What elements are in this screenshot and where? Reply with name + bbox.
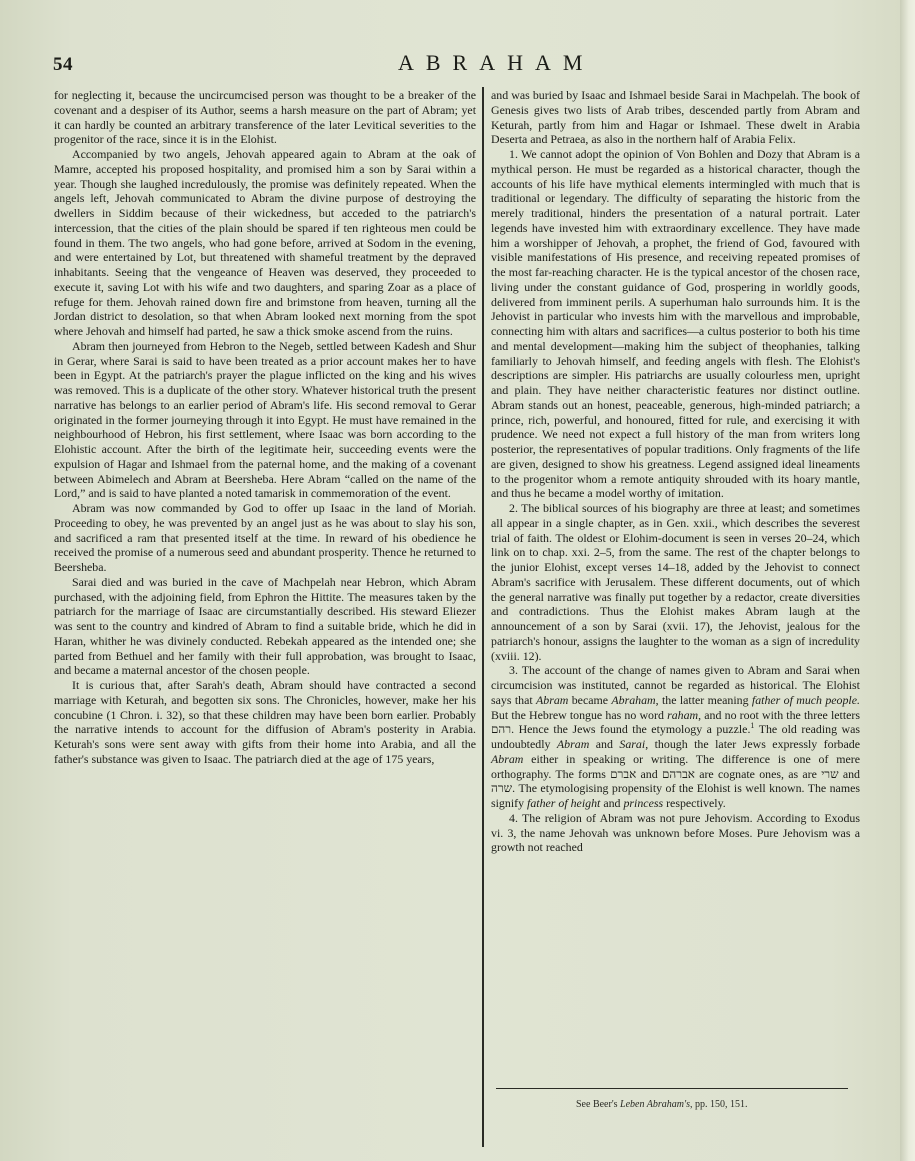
paragraph: for neglecting it, because the uncircumc… [54,88,476,147]
footnote-rule [496,1088,848,1089]
page-number: 54 [53,54,73,76]
paragraph: Sarai died and was buried in the cave of… [54,575,476,678]
right-column: and was buried by Isaac and Ishmael besi… [491,88,860,855]
paragraph: Abram then journeyed from Hebron to the … [54,339,476,501]
column-divider [482,87,484,1147]
page-edge [900,0,915,1161]
paragraph: Abram was now commanded by God to offer … [54,501,476,575]
left-column: for neglecting it, because the uncircumc… [54,88,476,767]
footnote: See Beer's Leben Abraham's, pp. 150, 151… [576,1099,748,1110]
paragraph-names: 3. The account of the change of names gi… [491,663,860,811]
running-title: ABRAHAM [398,50,594,76]
paragraph: and was buried by Isaac and Ishmael besi… [491,88,860,147]
paragraph: 1. We cannot adopt the opinion of Von Bo… [491,147,860,501]
paragraph: 4. The religion of Abram was not pure Je… [491,811,860,855]
paragraph: It is curious that, after Sarah's death,… [54,678,476,767]
paragraph: 2. The biblical sources of his biography… [491,501,860,663]
page-header: 54 ABRAHAM [53,50,893,80]
paragraph: Accompanied by two angels, Jehovah appea… [54,147,476,339]
